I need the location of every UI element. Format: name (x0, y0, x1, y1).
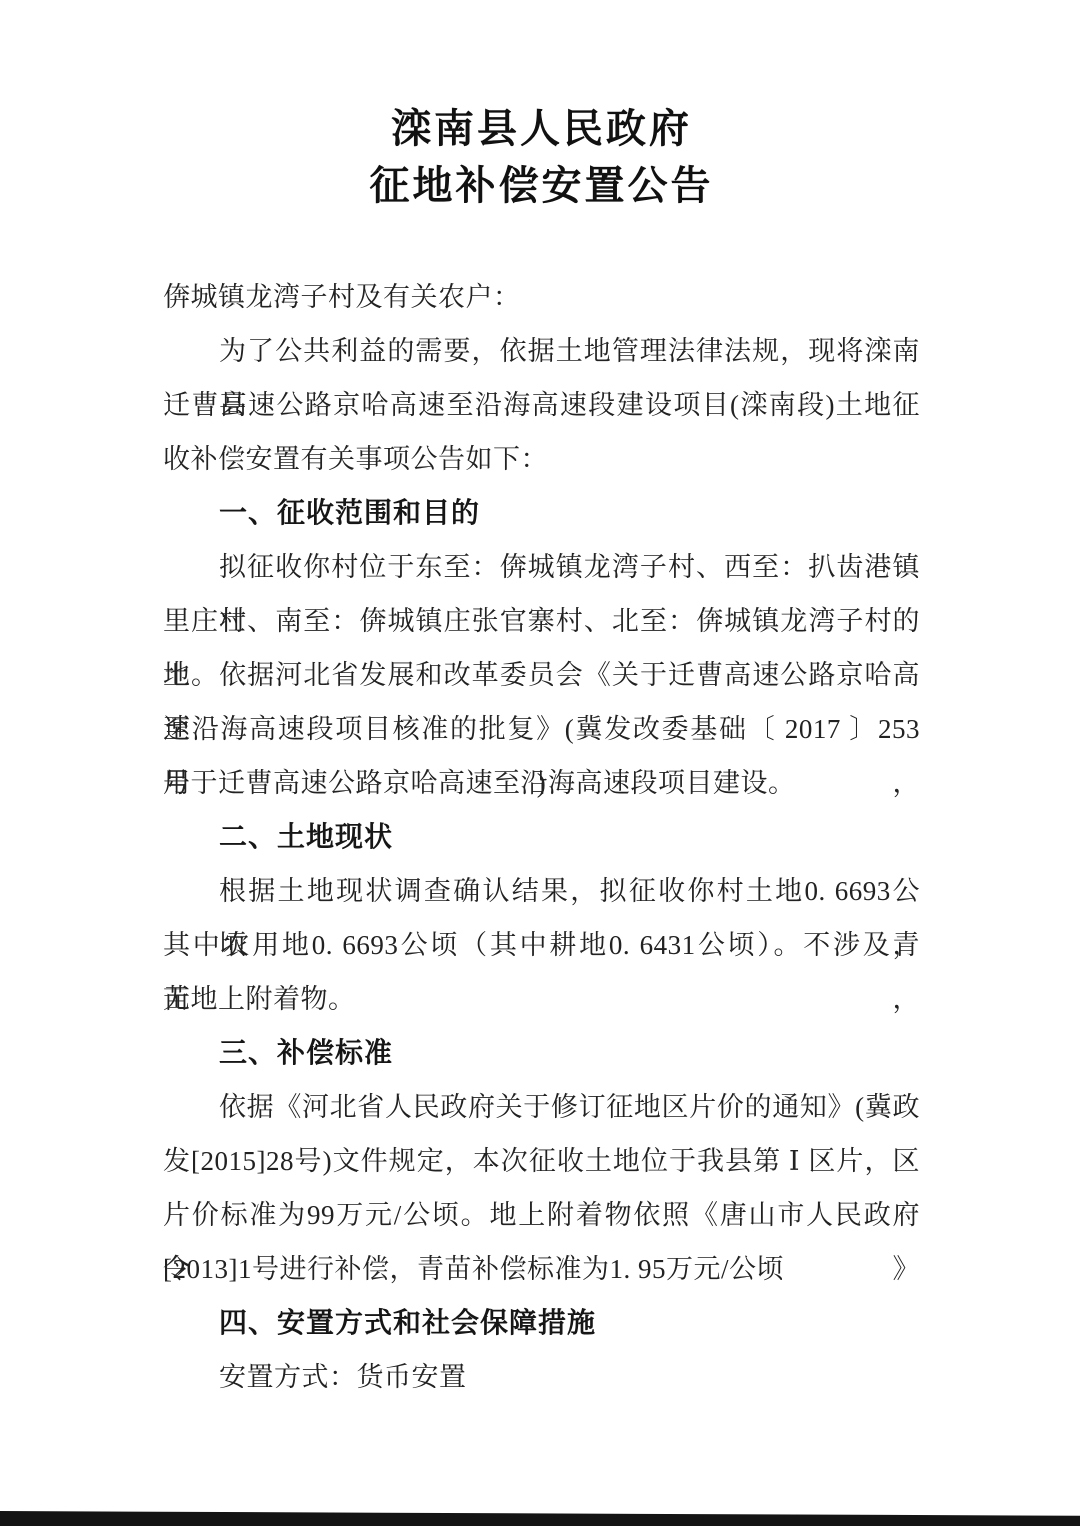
document-title-line-1: 滦南县人民政府 (163, 100, 920, 157)
scanned-document-page: 滦南县人民政府 征地补偿安置公告 倴城镇龙湾子村及有关农户：为了公共利益的需要，… (0, 0, 1080, 1526)
section-heading: 一、征收范围和目的 (163, 486, 920, 540)
doc-line: 迁曹高速公路京哈高速至沿海高速段建设项目(滦南段)土地征 (163, 378, 920, 432)
doc-line: 里庄村、南至：倴城镇庄张官寨村、北至：倴城镇龙湾子村的土 (163, 594, 920, 648)
doc-line: 为了公共利益的需要，依据土地管理法律法规，现将滦南县 (163, 324, 920, 378)
doc-line: 地。依据河北省发展和改革委员会《关于迁曹高速公路京哈高速 (163, 648, 920, 702)
doc-line: 安置方式：货币安置 (163, 1350, 920, 1404)
scan-bottom-edge (0, 1511, 1080, 1526)
doc-line: 根据土地现状调查确认结果，拟征收你村土地0. 6693公顷， (163, 864, 920, 918)
doc-line: 依据《河北省人民政府关于修订征地区片价的通知》(冀政 (163, 1080, 920, 1134)
doc-line: 其中农用地0. 6693公顷（其中耕地0. 6431公顷）。不涉及青苗， (163, 918, 920, 972)
section-heading: 二、土地现状 (163, 810, 920, 864)
document-body: 倴城镇龙湾子村及有关农户：为了公共利益的需要，依据土地管理法律法规，现将滦南县迁… (163, 270, 920, 1404)
doc-line: 至沿海高速段项目核准的批复》(冀发改委基础〔 2017 〕253号)， (163, 702, 920, 756)
section-heading: 四、安置方式和社会保障措施 (163, 1296, 920, 1350)
doc-line: 片价标准为99万元/公顷。地上附着物依照《唐山市人民政府令》 (163, 1188, 920, 1242)
document-title-line-2: 征地补偿安置公告 (163, 157, 920, 214)
doc-line: 倴城镇龙湾子村及有关农户： (163, 270, 920, 324)
doc-line: 收补偿安置有关事项公告如下： (163, 432, 920, 486)
doc-line: 拟征收你村位于东至：倴城镇龙湾子村、西至：扒齿港镇壮 (163, 540, 920, 594)
document: 滦南县人民政府 征地补偿安置公告 倴城镇龙湾子村及有关农户：为了公共利益的需要，… (163, 100, 920, 214)
doc-line: 发[2015]28号)文件规定，本次征收土地位于我县第 Ⅰ 区片，区 (163, 1134, 920, 1188)
section-heading: 三、补偿标准 (163, 1026, 920, 1080)
document-title: 滦南县人民政府 征地补偿安置公告 (163, 100, 920, 214)
